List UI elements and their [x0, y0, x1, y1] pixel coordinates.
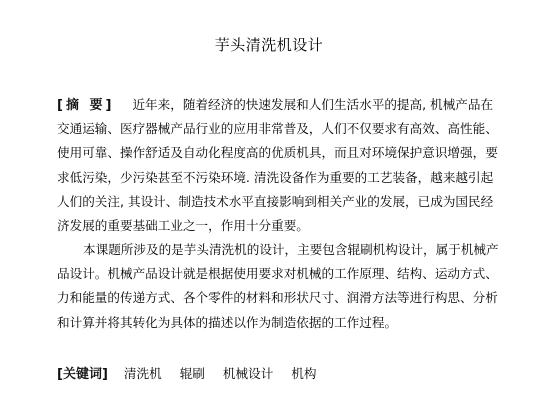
abstract-line: [摘 要] 近年来，随着经济的快速发展和人们生活水平的提高, 机械产品在	[57, 93, 487, 117]
abstract-text: 近年来，随着经济的快速发展和人们生活水平的提高, 机械产品在	[132, 97, 493, 112]
paragraph-line: 力和能量的传递方式、各个零件的材料和形状尺寸、润滑方法等进行构思、分析	[57, 286, 487, 310]
keywords-label: [关键词]	[57, 367, 108, 382]
abstract-label: [摘 要]	[57, 98, 114, 113]
keywords-section: [关键词] 清洗机 辊刷 机械设计 机构	[57, 363, 330, 382]
abstract-line: 济发展的重要基础工业之一，作用十分重要。	[57, 214, 487, 238]
abstract-section: [摘 要] 近年来，随着经济的快速发展和人们生活水平的提高, 机械产品在 交通运…	[57, 93, 487, 238]
abstract-line: 交通运输、医疗器械产品行业的应用非常普及，人们不仅要求有高效、高性能、	[57, 117, 487, 141]
keyword: 机构	[291, 366, 316, 381]
abstract-line: 人们的关注, 其设计、制造技术水平直接影响到相关产业的发展，已成为国民经	[57, 190, 487, 214]
keyword: 清洗机	[124, 366, 162, 381]
paragraph-2: 本课题所涉及的是芋头清洗机的设计，主要包含辊刷机构设计，属于机械产 品设计。机械…	[57, 238, 487, 335]
document-title: 芋头清洗机设计	[0, 34, 538, 55]
paragraph-line: 本课题所涉及的是芋头清洗机的设计，主要包含辊刷机构设计，属于机械产	[57, 238, 487, 262]
paragraph-line: 品设计。机械产品设计就是根据使用要求对机械的工作原理、结构、运动方式、	[57, 262, 487, 286]
abstract-line: 求低污染，少污染甚至不污染环境. 清洗设备作为重要的工艺装备，越来越引起	[57, 166, 487, 190]
abstract-line: 使用可靠、操作舒适及自动化程度高的优质机具，而且对环境保护意识增强，要	[57, 141, 487, 165]
keyword: 机械设计	[223, 366, 273, 381]
paragraph-line: 和计算并将其转化为具体的描述以作为制造依据的工作过程。	[57, 311, 487, 335]
keyword: 辊刷	[180, 366, 205, 381]
